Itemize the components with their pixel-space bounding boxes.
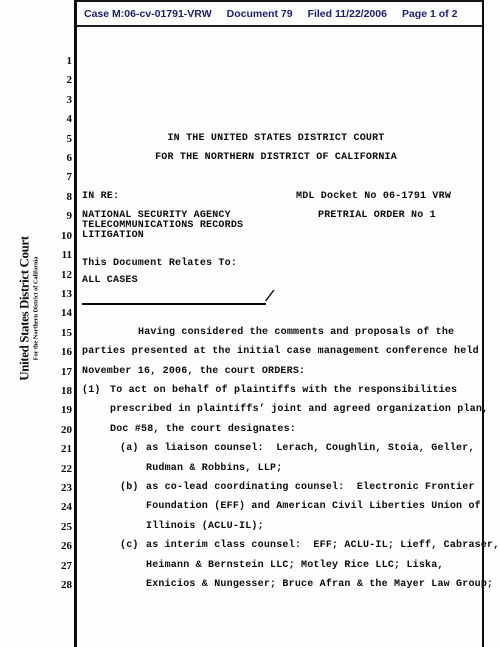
- line-number: 4: [0, 112, 72, 126]
- separator-slash: /: [265, 289, 274, 306]
- line-number: 18: [0, 384, 72, 398]
- document-line: LITIGATION: [82, 229, 144, 242]
- document-line: To act on behalf of plaintiffs with the …: [110, 384, 457, 397]
- court-document-page: Case M:06-cv-01791-VRW Document 79 Filed…: [0, 0, 500, 647]
- line-number: 11: [0, 248, 72, 262]
- line-number: 2: [0, 73, 72, 87]
- line-number: 8: [0, 190, 72, 204]
- document-line: Exnicios & Nungesser; Bruce Afran & the …: [146, 578, 493, 591]
- line-number: 20: [0, 423, 72, 437]
- line-number: 22: [0, 462, 72, 476]
- document-number: Document 79: [227, 8, 293, 20]
- document-line: parties presented at the initial case ma…: [82, 345, 479, 358]
- line-number: 7: [0, 170, 72, 184]
- document-line: FOR THE NORTHERN DISTRICT OF CALIFORNIA: [82, 151, 470, 164]
- line-number: 17: [0, 365, 72, 379]
- line-number: 9: [0, 209, 72, 223]
- line-number: 6: [0, 151, 72, 165]
- left-margin-rule: [74, 0, 77, 647]
- line-number: 3: [0, 93, 72, 107]
- caption-separator: /: [82, 293, 266, 305]
- page-indicator: Page 1 of 2: [402, 8, 457, 20]
- line-number: 27: [0, 559, 72, 573]
- document-line: as co-lead coordinating counsel: Electro…: [146, 481, 475, 494]
- document-line: (b): [120, 481, 139, 494]
- document-line: IN THE UNITED STATES DISTRICT COURT: [82, 132, 470, 145]
- line-number: 1: [0, 54, 72, 68]
- document-line: as interim class counsel: EFF; ACLU-IL; …: [146, 539, 499, 552]
- document-line: as liaison counsel: Lerach, Coughlin, St…: [146, 442, 475, 455]
- line-number: 12: [0, 268, 72, 282]
- line-number: 24: [0, 500, 72, 514]
- line-number: 5: [0, 132, 72, 146]
- line-number: 23: [0, 481, 72, 495]
- filed-date: Filed 11/22/2006: [308, 8, 387, 20]
- pacer-stamp-header: Case M:06-cv-01791-VRW Document 79 Filed…: [77, 0, 482, 27]
- document-line: Foundation (EFF) and American Civil Libe…: [146, 500, 481, 513]
- line-number: 14: [0, 306, 72, 320]
- line-number: 19: [0, 403, 72, 417]
- document-line: Having considered the comments and propo…: [138, 326, 454, 339]
- document-line: (a): [120, 442, 139, 455]
- document-line: PRETRIAL ORDER No 1: [318, 209, 436, 222]
- document-line: ALL CASES: [82, 274, 138, 287]
- line-number: 15: [0, 326, 72, 340]
- line-number: 28: [0, 578, 72, 592]
- document-line: Heimann & Bernstein LLC; Motley Rice LLC…: [146, 559, 444, 572]
- line-number: 25: [0, 520, 72, 534]
- case-number: Case M:06-cv-01791-VRW: [84, 8, 212, 20]
- document-line: prescribed in plaintiffs’ joint and agre…: [110, 403, 488, 416]
- document-line: MDL Docket No 06-1791 VRW: [296, 190, 451, 203]
- document-line: Doc #58, the court designates:: [110, 423, 296, 436]
- line-number: 16: [0, 345, 72, 359]
- line-number: 21: [0, 442, 72, 456]
- document-line: (1): [82, 384, 101, 397]
- line-number: 26: [0, 539, 72, 553]
- document-line: Rudman & Robbins, LLP;: [146, 462, 282, 475]
- document-line: Illinois (ACLU-IL);: [146, 520, 264, 533]
- document-line: This Document Relates To:: [82, 257, 237, 270]
- line-number: 13: [0, 287, 72, 301]
- line-number: 10: [0, 229, 72, 243]
- document-line: November 16, 2006, the court ORDERS:: [82, 365, 305, 378]
- document-line: (c): [120, 539, 139, 552]
- document-line: IN RE:: [82, 190, 119, 203]
